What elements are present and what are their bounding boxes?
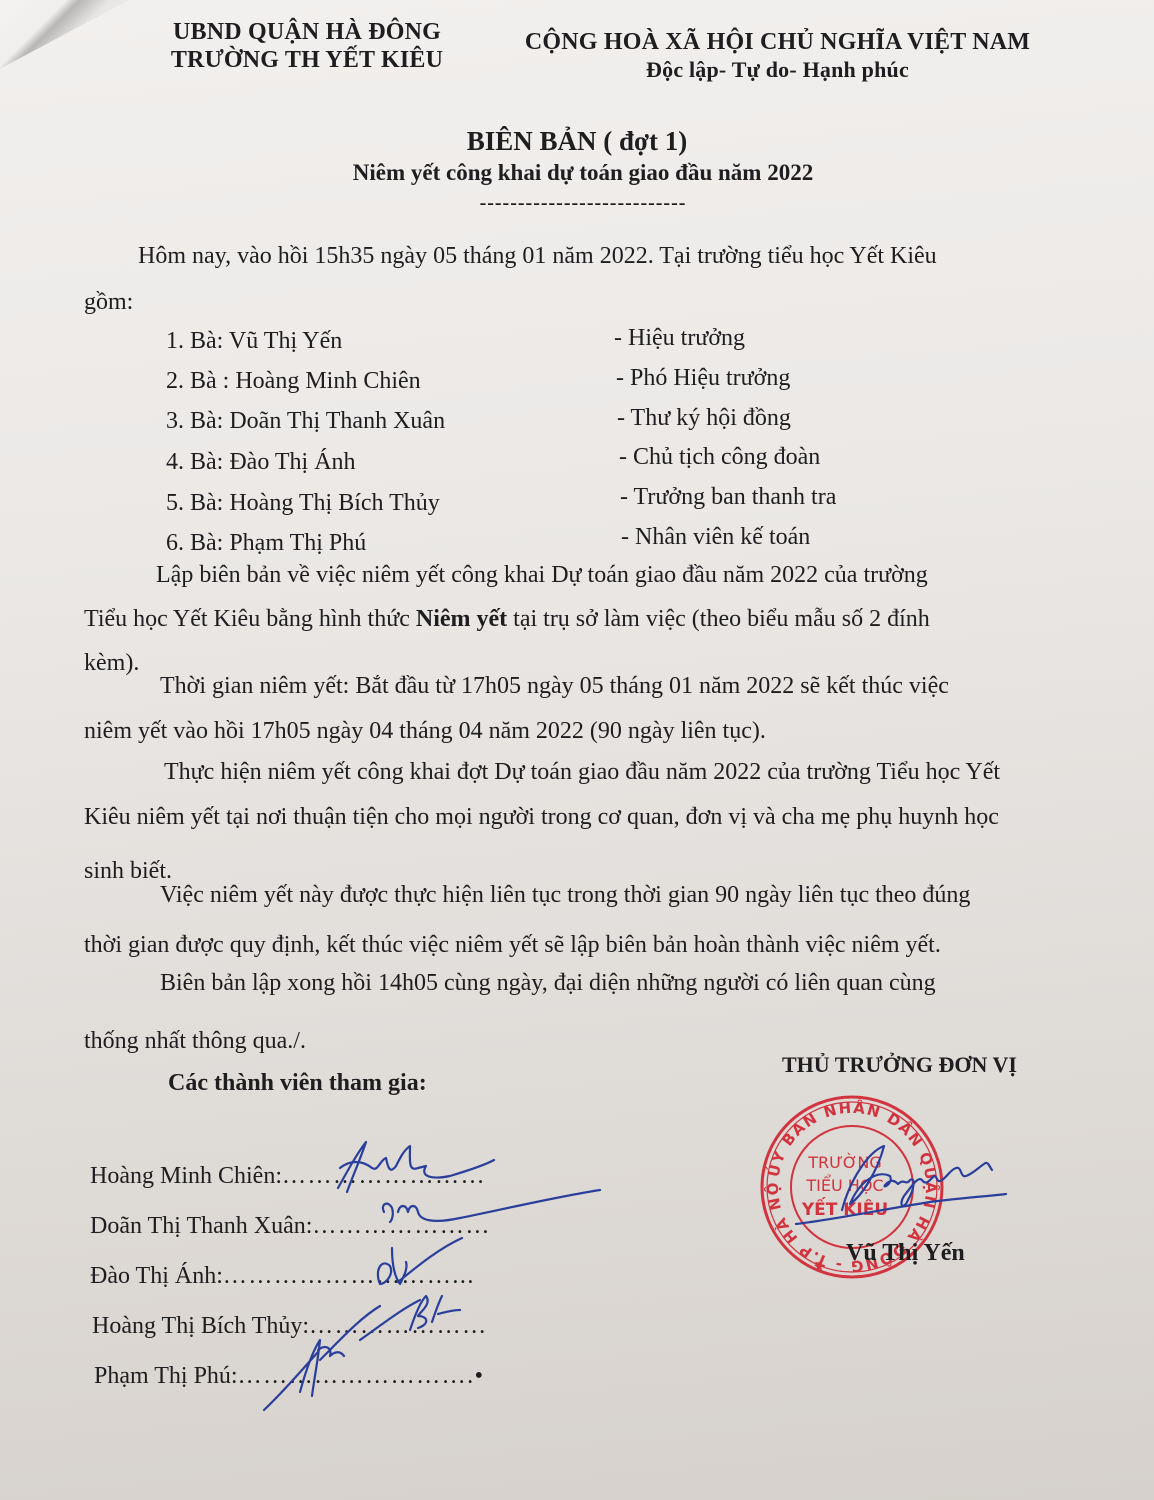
signature-dots: ………………… [309, 1313, 488, 1339]
document-title: BIÊN BẢN ( đợt 1) [0, 126, 1154, 157]
para1-text: Tiểu học Yết Kiêu bằng hình thức [84, 606, 416, 632]
issuer-block: UBND QUẬN HÀ ĐÔNG TRƯỜNG TH YẾT KIÊU [162, 18, 452, 74]
national-motto: Độc lập- Tự do- Hạnh phúc [510, 56, 1045, 84]
signer-name: Hoàng Thị Bích Thủy: [92, 1313, 309, 1339]
signer-name: Đào Thị Ánh: [90, 1263, 223, 1289]
signature-line: Đào Thị Ánh:………………………... [90, 1263, 475, 1290]
signature-dots: …………………… [282, 1163, 486, 1189]
national-title: CỘNG HOÀ XÃ HỘI CHỦ NGHĨA VIỆT NAM [510, 28, 1045, 56]
member-name: 1. Bà: Vũ Thị Yến [166, 328, 342, 355]
issuer-line-1: UBND QUẬN HÀ ĐÔNG [162, 18, 452, 46]
stamp-star-icon: ★ [813, 1259, 826, 1275]
signer-name: Doãn Thị Thanh Xuân: [90, 1213, 312, 1239]
paper-fold-shadow [0, 0, 180, 90]
member-role: - Thư ký hội đồng [617, 405, 791, 432]
stamp-line-2: TIỂU HỌC [805, 1174, 883, 1195]
member-name: 3. Bà: Doãn Thị Thanh Xuân [166, 408, 445, 435]
para4-line2: thời gian được quy định, kết thúc việc n… [84, 932, 941, 959]
head-of-unit-name: Vũ Thị Yến [846, 1240, 965, 1267]
signature-dots: ………………………... [223, 1263, 475, 1289]
signature-dots: ………………… [312, 1213, 491, 1239]
member-role: - Chủ tịch công đoàn [619, 444, 820, 471]
para4-line1: Việc niêm yết này được thực hiện liên tụ… [160, 882, 970, 909]
signer-name: Phạm Thị Phú: [94, 1363, 238, 1389]
member-role: - Hiệu trưởng [614, 325, 745, 352]
para2-line1: Thời gian niêm yết: Bắt đầu từ 17h05 ngà… [160, 673, 949, 700]
member-name: 4. Bà: Đào Thị Ánh [166, 449, 356, 476]
member-name: 2. Bà : Hoàng Minh Chiên [166, 368, 421, 395]
para3-line2: Kiêu niêm yết tại nơi thuận tiện cho mọi… [84, 804, 999, 831]
members-signature-heading: Các thành viên tham gia: [168, 1070, 427, 1097]
member-name: 5. Bà: Hoàng Thị Bích Thủy [166, 490, 440, 517]
para1-line2: Tiểu học Yết Kiêu bằng hình thức Niêm yế… [84, 606, 930, 633]
national-motto-block: CỘNG HOÀ XÃ HỘI CHỦ NGHĨA VIỆT NAM Độc l… [510, 28, 1045, 84]
intro-line-2: gồm: [84, 289, 133, 316]
signature-line: Phạm Thị Phú:……………………….• [94, 1363, 484, 1390]
para1-text-after: tại trụ sở làm việc (theo biểu mẫu số 2 … [507, 606, 930, 632]
para5-line2: thống nhất thông qua./. [84, 1028, 306, 1055]
signature-line: Doãn Thị Thanh Xuân:………………… [90, 1213, 491, 1240]
head-of-unit-heading: THỦ TRƯỞNG ĐƠN VỊ [782, 1052, 1017, 1078]
para1-line1: Lập biên bản về việc niêm yết công khai … [156, 562, 928, 589]
issuer-line-2: TRƯỜNG TH YẾT KIÊU [162, 46, 452, 74]
para1-bold-text: Niêm yết [416, 606, 507, 632]
intro-line-1: Hôm nay, vào hồi 15h35 ngày 05 tháng 01 … [138, 243, 937, 270]
member-name: 6. Bà: Phạm Thị Phú [166, 530, 366, 557]
stamp-line-1: TRƯỜNG [807, 1153, 882, 1172]
stamp-line-3: YẾT KIÊU [801, 1196, 888, 1220]
signature-line: Hoàng Thị Bích Thủy:………………… [92, 1313, 488, 1340]
member-role: - Nhân viên kế toán [621, 524, 810, 551]
para5-line1: Biên bản lập xong hồi 14h05 cùng ngày, đ… [160, 970, 936, 997]
para3-line1: Thực hiện niêm yết công khai đợt Dự toán… [164, 759, 1000, 786]
signer-name: Hoàng Minh Chiên: [90, 1163, 282, 1189]
para2-line2: niêm yết vào hồi 17h05 ngày 04 tháng 04 … [84, 718, 766, 745]
para3-line3: sinh biết. [84, 858, 172, 885]
title-separator: --------------------------- [0, 192, 1154, 215]
signature-dots: ……………………….• [238, 1363, 485, 1389]
para1-line3: kèm). [84, 650, 139, 677]
member-role: - Trưởng ban thanh tra [620, 484, 836, 511]
member-role: - Phó Hiệu trưởng [616, 365, 790, 392]
document-subtitle: Niêm yết công khai dự toán giao đầu năm … [0, 160, 1154, 186]
signature-line: Hoàng Minh Chiên:…………………… [90, 1163, 486, 1190]
